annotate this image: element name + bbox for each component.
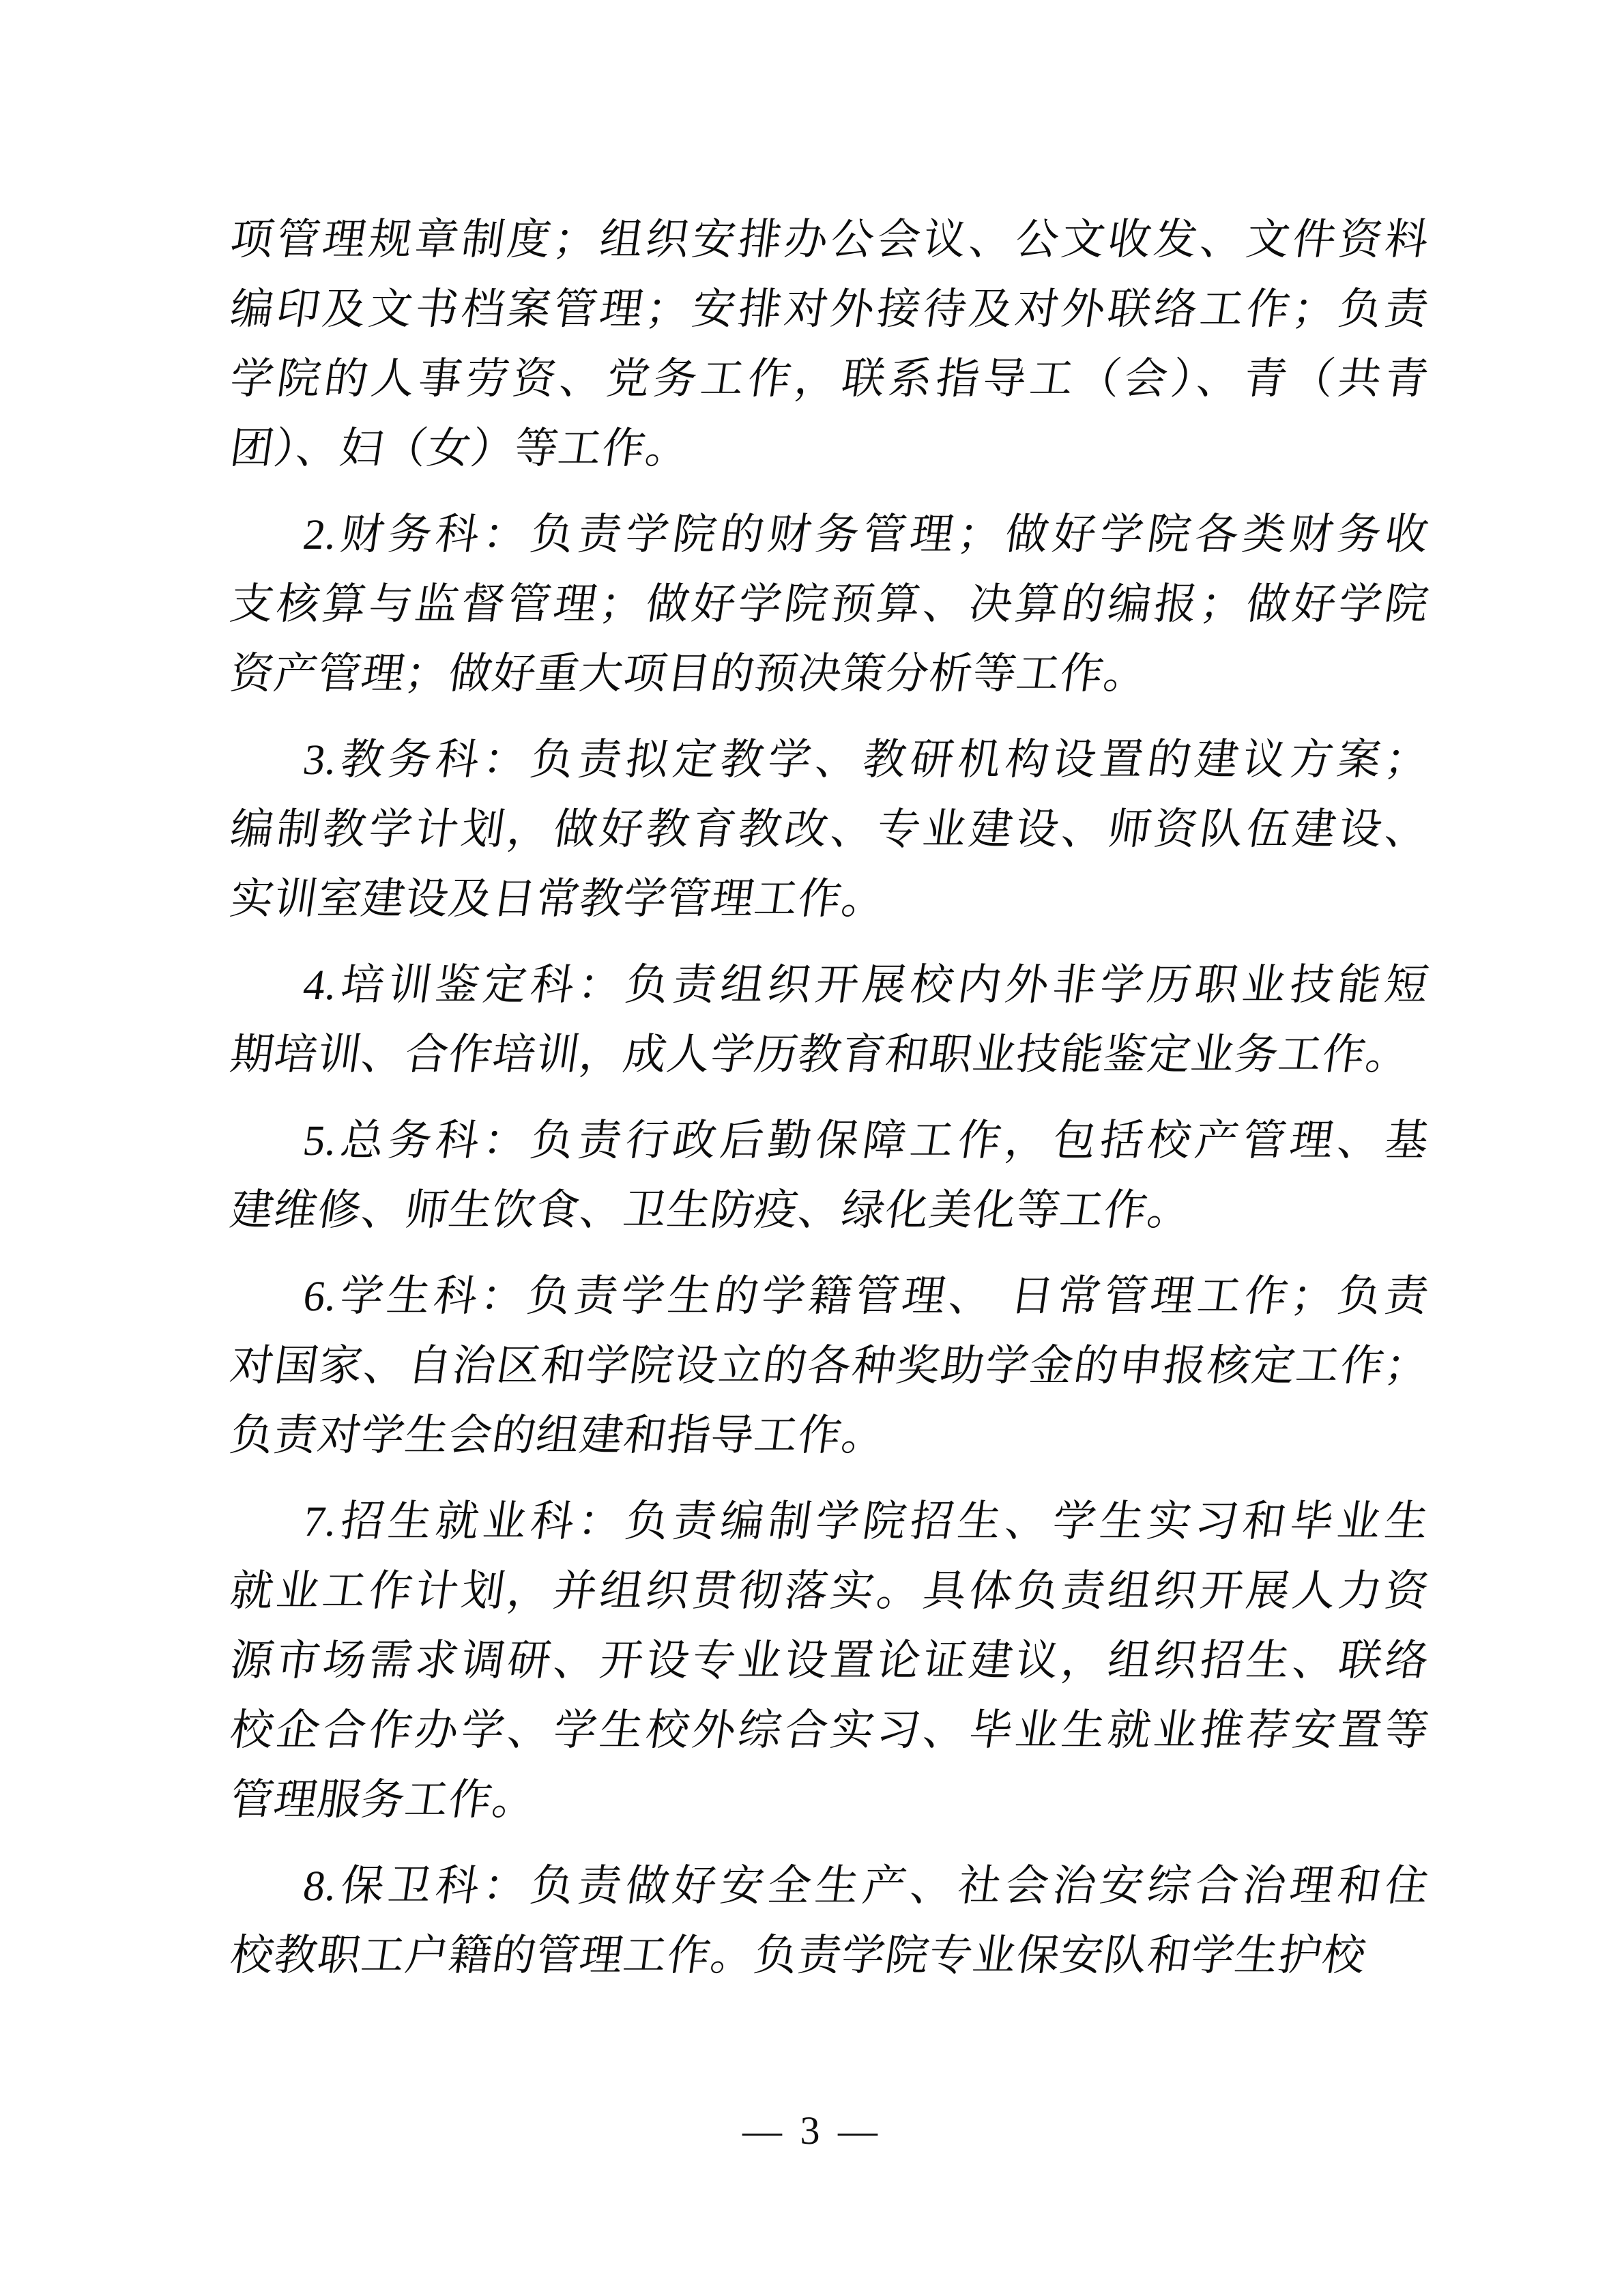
text-line: 2.财务科：负责学院的财务管理；做好学院各类财务收	[226, 500, 1434, 569]
text-line: 资产管理；做好重大项目的预决策分析等工作。	[226, 639, 1434, 708]
text-line: 期培训、合作培训，成人学历教育和职业技能鉴定业务工作。	[226, 1020, 1434, 1089]
text-line: 团）、妇（女）等工作。	[226, 414, 1434, 483]
text-line: 源市场需求调研、开设专业设置论证建议，组织招生、联络	[226, 1626, 1434, 1695]
paragraph: 3.教务科：负责拟定教学、教研机构设置的建议方案；编制教学计划，做好教育教改、专…	[231, 725, 1429, 934]
paragraph: 4.培训鉴定科：负责组织开展校内外非学历职业技能短期培训、合作培训，成人学历教育…	[231, 950, 1429, 1089]
text-line: 学院的人事劳资、党务工作，联系指导工（会）、青（共青	[226, 344, 1434, 414]
paragraph: 项管理规章制度；组织安排办公会议、公文收发、文件资料编印及文书档案管理；安排对外…	[231, 205, 1429, 483]
text-line: 项管理规章制度；组织安排办公会议、公文收发、文件资料	[226, 205, 1434, 274]
text-line: 支核算与监督管理；做好学院预算、决算的编报；做好学院	[226, 569, 1434, 639]
text-line: 管理服务工作。	[226, 1765, 1434, 1835]
document-body: 项管理规章制度；组织安排办公会议、公文收发、文件资料编印及文书档案管理；安排对外…	[231, 205, 1429, 1990]
page-number: — 3 —	[0, 2104, 1624, 2158]
text-line: 校企合作办学、学生校外综合实习、毕业生就业推荐安置等	[226, 1695, 1434, 1765]
text-line: 5.总务科：负责行政后勤保障工作，包括校产管理、基	[226, 1106, 1434, 1175]
paragraph: 5.总务科：负责行政后勤保障工作，包括校产管理、基建维修、师生饮食、卫生防疫、绿…	[231, 1106, 1429, 1245]
text-line: 负责对学生会的组建和指导工作。	[226, 1401, 1434, 1470]
text-line: 就业工作计划，并组织贯彻落实。具体负责组织开展人力资	[226, 1556, 1434, 1626]
text-line: 编制教学计划，做好教育教改、专业建设、师资队伍建设、	[226, 794, 1434, 864]
paragraph: 7.招生就业科：负责编制学院招生、学生实习和毕业生就业工作计划，并组织贯彻落实。…	[231, 1487, 1429, 1835]
paragraph: 8.保卫科：负责做好安全生产、社会治安综合治理和住校教职工户籍的管理工作。负责学…	[231, 1851, 1429, 1990]
text-line: 对国家、自治区和学院设立的各种奖助学金的申报核定工作；	[226, 1331, 1434, 1401]
text-line: 校教职工户籍的管理工作。负责学院专业保安队和学生护校	[226, 1921, 1434, 1990]
text-line: 建维修、师生饮食、卫生防疫、绿化美化等工作。	[226, 1175, 1434, 1245]
text-line: 3.教务科：负责拟定教学、教研机构设置的建议方案；	[226, 725, 1434, 794]
paragraph: 6.学生科：负责学生的学籍管理、 日常管理工作；负责对国家、自治区和学院设立的各…	[231, 1261, 1429, 1470]
text-line: 7.招生就业科：负责编制学院招生、学生实习和毕业生	[226, 1487, 1434, 1556]
text-line: 6.学生科：负责学生的学籍管理、 日常管理工作；负责	[226, 1261, 1434, 1331]
text-line: 4.培训鉴定科：负责组织开展校内外非学历职业技能短	[226, 950, 1434, 1020]
document-page: 项管理规章制度；组织安排办公会议、公文收发、文件资料编印及文书档案管理；安排对外…	[0, 0, 1624, 2296]
paragraph: 2.财务科：负责学院的财务管理；做好学院各类财务收支核算与监督管理；做好学院预算…	[231, 500, 1429, 708]
text-line: 8.保卫科：负责做好安全生产、社会治安综合治理和住	[226, 1851, 1434, 1921]
text-line: 实训室建设及日常教学管理工作。	[226, 864, 1434, 934]
text-line: 编印及文书档案管理；安排对外接待及对外联络工作；负责	[226, 274, 1434, 344]
